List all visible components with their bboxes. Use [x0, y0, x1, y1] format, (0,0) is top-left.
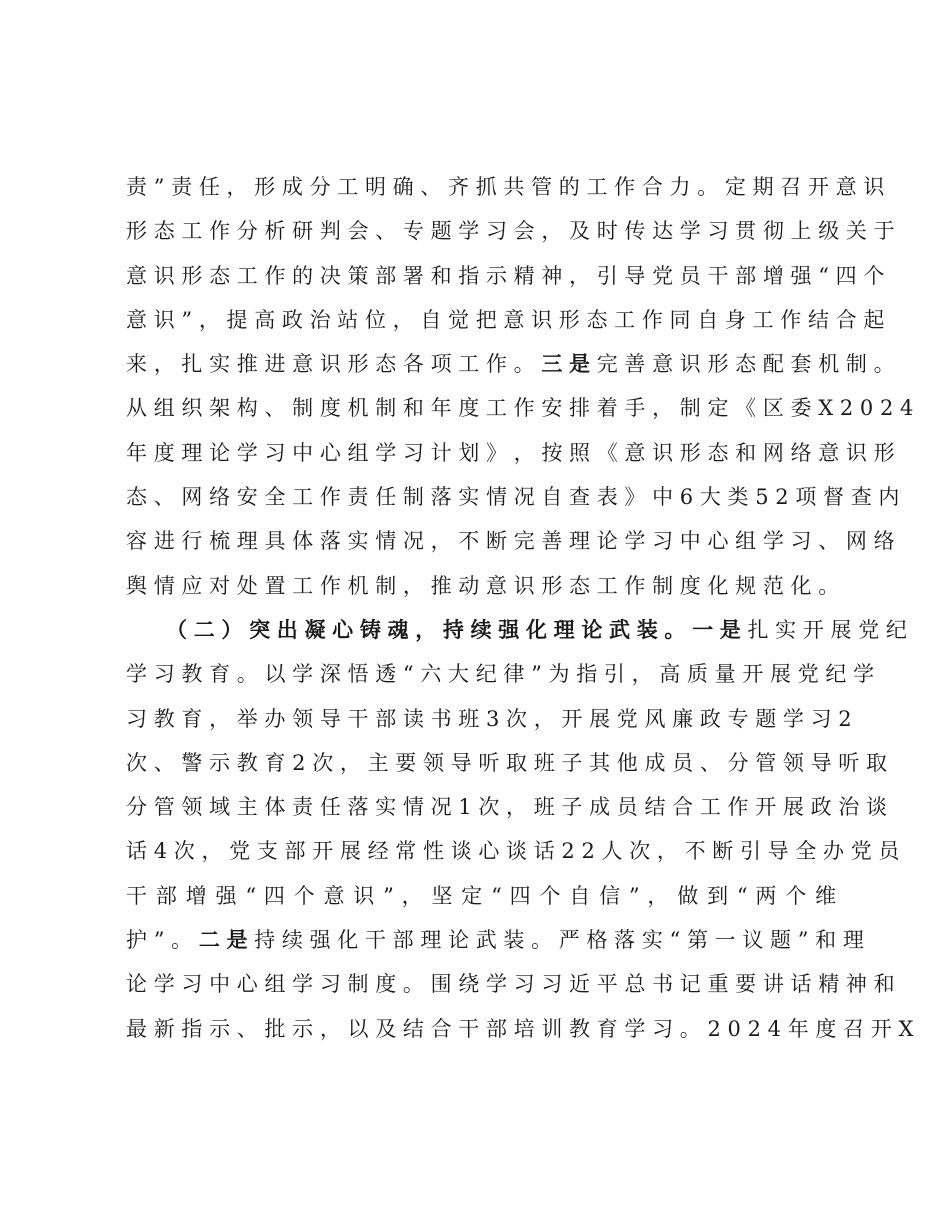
text: 安	[237, 485, 258, 509]
text: 梳	[209, 529, 230, 553]
text: 个	[294, 884, 316, 908]
text-line: 学 习 教 育 。 以 学 深 悟 透 “ 六 大 纪 律 ” 为 指 引 ， …	[126, 652, 836, 696]
text: 做	[677, 884, 699, 908]
text: 为	[549, 662, 570, 686]
text: 识	[154, 308, 175, 332]
text: 风	[644, 707, 665, 731]
text: 经	[368, 839, 389, 863]
text: 习	[320, 972, 341, 996]
text: 研	[292, 219, 313, 243]
text: 态	[586, 308, 607, 332]
bold-text: 二	[199, 927, 220, 952]
text: 完	[597, 352, 618, 376]
text: 悟	[348, 662, 369, 686]
text: 育	[209, 662, 230, 686]
text: 理	[237, 529, 258, 553]
text: ，	[320, 1017, 341, 1041]
text: ，	[652, 396, 673, 420]
text: 机	[348, 396, 369, 420]
bold-text: 武	[609, 617, 630, 642]
text: 网	[846, 529, 867, 553]
text: 制	[292, 396, 313, 420]
text: 委	[791, 396, 812, 420]
text: 书	[652, 972, 673, 996]
text: 落	[348, 795, 369, 819]
text: 组	[154, 396, 175, 420]
text: 学	[292, 972, 313, 996]
text: 意	[486, 574, 507, 598]
bold-text: 心	[332, 617, 353, 642]
text: 意	[126, 308, 147, 332]
text: 培	[514, 1017, 535, 1041]
text: 展	[783, 795, 804, 819]
text-line: 话 4 次 ， 党 支 部 开 展 经 常 性 谈 心 谈 话 2 2 人 次 …	[126, 829, 836, 873]
text: 配	[763, 352, 784, 376]
text: 干	[458, 1017, 479, 1041]
text-line: 习 教 育 ， 举 办 领 导 干 部 读 书 班 3 次 ， 开 展 党 风 …	[126, 697, 836, 741]
text: 。	[874, 352, 895, 376]
text: 成	[644, 751, 665, 775]
text: 构	[237, 396, 258, 420]
text: 容	[126, 529, 147, 553]
text: 全	[795, 839, 816, 863]
text: 次	[126, 751, 147, 775]
text: 安	[541, 396, 562, 420]
text: 传	[624, 219, 645, 243]
text: “	[737, 884, 748, 908]
text: 化	[791, 574, 812, 598]
text: 表	[597, 485, 618, 509]
text-line: 舆 情 应 对 处 置 工 作 机 制 ， 推 动 意 识 形 态 工 作 制 …	[126, 564, 836, 608]
text: 部	[486, 1017, 507, 1041]
text: 子	[561, 751, 582, 775]
text: 6	[680, 485, 693, 509]
text: 度	[458, 396, 479, 420]
text: 支	[257, 839, 278, 863]
text: 年	[126, 441, 147, 465]
text: 提	[227, 308, 248, 332]
text: 要	[395, 751, 416, 775]
text: 作	[624, 574, 645, 598]
text: 4	[900, 396, 913, 420]
text: 学	[853, 662, 874, 686]
text: 分	[310, 175, 331, 199]
text: “	[818, 264, 829, 288]
text: 论	[209, 441, 230, 465]
text: 分	[728, 751, 749, 775]
text: 理	[569, 529, 590, 553]
text: 学	[624, 1017, 645, 1041]
text: 组	[348, 441, 369, 465]
text: 专	[728, 707, 749, 731]
text: 四	[264, 884, 286, 908]
text: 开	[742, 662, 763, 686]
text: 增	[186, 884, 208, 908]
text: 高	[254, 308, 275, 332]
text: 习	[514, 972, 535, 996]
text: 书	[431, 707, 452, 731]
text: 人	[602, 839, 623, 863]
text: 制	[375, 574, 396, 598]
text: 其	[589, 751, 610, 775]
text-line: 容 进 行 梳 理 具 体 落 实 情 况 ， 不 断 完 善 理 论 学 习 …	[126, 519, 836, 563]
text: 四	[510, 884, 532, 908]
text: 意	[836, 175, 857, 199]
bold-text: 续	[471, 617, 492, 642]
text: 《	[735, 396, 756, 420]
text: 到	[707, 884, 729, 908]
text: 示	[209, 1017, 230, 1041]
text: 话	[126, 839, 147, 863]
text: 开	[561, 707, 582, 731]
text: 强	[215, 884, 237, 908]
text: 心	[707, 529, 728, 553]
text: 度	[375, 972, 396, 996]
bold-text: 强	[498, 617, 519, 642]
text: 把	[476, 308, 497, 332]
text: 来	[126, 352, 147, 376]
text: 动	[458, 574, 479, 598]
text: 3	[486, 707, 499, 731]
text: 个	[785, 884, 807, 908]
text: 作	[264, 264, 285, 288]
paragraph: （ 二 ） 突 出 凝 心 铸 魂 ， 持 续 强 化 理 论 武 装 。 一 …	[126, 608, 836, 1051]
text: 时	[597, 219, 618, 243]
text: 态	[209, 264, 230, 288]
bold-text: 二	[194, 617, 215, 642]
text: 结	[644, 795, 665, 819]
text: 工	[597, 574, 618, 598]
text: 主	[237, 795, 258, 819]
bold-text: ）	[221, 617, 242, 642]
text: 上	[791, 219, 812, 243]
text: 分	[237, 219, 258, 243]
text: 理	[843, 928, 864, 952]
bold-text: 三	[541, 351, 562, 376]
text: 新	[154, 1017, 175, 1041]
text: 、	[264, 396, 285, 420]
text: 明	[365, 175, 386, 199]
text: 取	[506, 751, 527, 775]
text: 照	[569, 441, 590, 465]
text: 透	[375, 662, 396, 686]
text: 治	[838, 795, 859, 819]
text: 教	[569, 1017, 590, 1041]
text: 班	[458, 707, 479, 731]
text: 网	[181, 485, 202, 509]
text: 习	[707, 219, 728, 243]
text: 格	[586, 928, 607, 952]
text: 学	[486, 972, 507, 996]
text: 两	[755, 884, 777, 908]
text: 不	[458, 529, 479, 553]
text: 精	[514, 264, 535, 288]
text: 政	[811, 795, 832, 819]
text: 质	[687, 662, 708, 686]
text: 机	[348, 574, 369, 598]
text: 抓	[476, 175, 497, 199]
text: 领	[292, 707, 313, 731]
text: 围	[431, 972, 452, 996]
text: 进	[154, 529, 175, 553]
text: 干	[707, 264, 728, 288]
text: 计	[431, 441, 452, 465]
text: 区	[763, 396, 784, 420]
text: 起	[863, 308, 884, 332]
text: 工	[458, 352, 479, 376]
text: 态	[154, 219, 175, 243]
text: 导	[451, 751, 472, 775]
text: 廉	[672, 707, 693, 731]
text: 形	[680, 441, 701, 465]
text: 善	[541, 529, 562, 553]
text: ”	[154, 928, 165, 952]
text: 、	[237, 1017, 258, 1041]
text: 工	[337, 175, 358, 199]
text: 学	[375, 441, 396, 465]
text: 纪	[825, 662, 846, 686]
text: 精	[818, 972, 839, 996]
text: 政	[700, 707, 721, 731]
text: 力	[670, 175, 691, 199]
text: 工	[237, 264, 258, 288]
text: 作	[209, 219, 230, 243]
text: 学	[783, 707, 804, 731]
text: 自	[541, 485, 562, 509]
bold-text: 出	[277, 617, 298, 642]
text: 最	[126, 1017, 147, 1041]
text: 子	[561, 795, 582, 819]
text: 领	[423, 751, 444, 775]
text: 督	[823, 485, 844, 509]
text: 个	[539, 884, 561, 908]
text: 形	[707, 352, 728, 376]
text: 纪	[476, 662, 497, 686]
text: 教	[237, 751, 258, 775]
text: 及	[569, 219, 590, 243]
text: 装	[503, 928, 524, 952]
text: 中	[292, 441, 313, 465]
text: 制	[680, 396, 701, 420]
text-line: 责 ” 责 任 ， 形 成 分 工 明 确 、 齐 抓 共 管 的 工 作 合 …	[126, 165, 836, 209]
text: 作	[614, 175, 635, 199]
text: 责	[126, 175, 147, 199]
text: ，	[657, 839, 678, 863]
text: 断	[486, 529, 507, 553]
text: 次	[478, 795, 499, 819]
text: 扎	[181, 352, 202, 376]
text: 会	[514, 219, 535, 243]
text: 纪	[886, 618, 907, 642]
text: 化	[337, 928, 358, 952]
text: 平	[597, 972, 618, 996]
text: ，	[340, 751, 361, 775]
text: 话	[534, 839, 555, 863]
text: 四	[836, 264, 857, 288]
text: 展	[770, 662, 791, 686]
text: 确	[393, 175, 414, 199]
text: 个	[863, 264, 884, 288]
text: 要	[735, 972, 756, 996]
text: 部	[735, 264, 756, 288]
bold-text: 凝	[304, 617, 325, 642]
text: 》	[486, 441, 507, 465]
text: 话	[791, 972, 812, 996]
text: 干	[348, 707, 369, 731]
text: 常	[395, 839, 416, 863]
text: 情	[154, 574, 175, 598]
text: 题	[770, 928, 791, 952]
text: 4	[154, 839, 167, 863]
text: 合	[431, 1017, 452, 1041]
text: 定	[461, 884, 483, 908]
text: 开	[803, 618, 824, 642]
text: 育	[264, 751, 285, 775]
text: 作	[642, 308, 663, 332]
text: 扎	[747, 618, 768, 642]
text: 身	[725, 308, 746, 332]
text: 各	[403, 352, 424, 376]
text: 规	[735, 574, 756, 598]
text: 体	[264, 795, 285, 819]
text: 和	[431, 264, 452, 288]
text: 导	[624, 264, 645, 288]
bold-text: ，	[415, 617, 436, 642]
text: 近	[569, 972, 590, 996]
text: 作	[728, 795, 749, 819]
text: 责	[292, 795, 313, 819]
text: “	[491, 884, 502, 908]
text: 次	[506, 707, 527, 731]
text: 论	[597, 529, 618, 553]
text: 习	[541, 972, 562, 996]
text: 结	[403, 1017, 424, 1041]
text: 套	[791, 352, 812, 376]
text: 排	[569, 396, 590, 420]
text: ”	[629, 884, 640, 908]
text: 、	[420, 175, 441, 199]
text: 断	[712, 839, 733, 863]
text: 班	[534, 751, 555, 775]
text: 和	[815, 928, 836, 952]
text: 查	[569, 485, 590, 509]
text: 制	[652, 574, 673, 598]
text: 组	[264, 972, 285, 996]
text: 2	[707, 1017, 720, 1041]
text: 开	[808, 175, 829, 199]
text: 工	[292, 574, 313, 598]
text: 置	[264, 574, 285, 598]
text: 议	[742, 928, 763, 952]
text: 《	[597, 441, 618, 465]
text: X	[898, 1017, 913, 1041]
text: 员	[878, 839, 899, 863]
text: ，	[514, 441, 535, 465]
text: 定	[707, 396, 728, 420]
text: 教	[154, 707, 175, 731]
text: 。	[697, 175, 718, 199]
bold-text: 是	[227, 927, 248, 952]
text: 责	[171, 175, 192, 199]
text: 舆	[126, 574, 147, 598]
text: 指	[181, 1017, 202, 1041]
text: 开	[871, 1017, 892, 1041]
text: 部	[375, 264, 396, 288]
text: 学	[624, 529, 645, 553]
text: 读	[403, 707, 424, 731]
text: 工	[753, 308, 774, 332]
text: ”	[154, 175, 165, 199]
text-line: （ 二 ） 突 出 凝 心 铸 魂 ， 持 续 强 化 理 论 武 装 。 一 …	[126, 608, 836, 652]
text: 习	[811, 707, 832, 731]
bold-text: 持	[443, 617, 464, 642]
text: 和	[735, 441, 756, 465]
text: 意	[292, 352, 313, 376]
text: 识	[531, 308, 552, 332]
text: 度	[320, 396, 341, 420]
text: 意	[126, 264, 147, 288]
text: 任	[320, 795, 341, 819]
text: 关	[846, 219, 867, 243]
text: 示	[486, 264, 507, 288]
text: 习	[264, 441, 285, 465]
text: 形	[348, 352, 369, 376]
text: 办	[264, 707, 285, 731]
text: 识	[353, 884, 375, 908]
text: 署	[403, 264, 424, 288]
text: 完	[514, 529, 535, 553]
text: 指	[458, 264, 479, 288]
text: 引	[740, 839, 761, 863]
text: 党	[617, 707, 638, 731]
text: 展	[831, 618, 852, 642]
text: 2	[880, 396, 893, 420]
text: 自	[569, 884, 591, 908]
text: 划	[458, 441, 479, 465]
bold-text: 化	[526, 617, 547, 642]
text: 学	[458, 219, 479, 243]
text: 自	[420, 308, 441, 332]
text: 实	[375, 795, 396, 819]
text: 实	[458, 485, 479, 509]
text: 第	[687, 928, 708, 952]
text: 习	[126, 707, 147, 731]
text: 况	[514, 485, 535, 509]
text: 重	[707, 972, 728, 996]
text: 干	[365, 928, 386, 952]
text: 识	[680, 352, 701, 376]
text: ，	[154, 352, 175, 376]
text: 批	[264, 1017, 285, 1041]
text: 题	[431, 219, 452, 243]
text: 5	[755, 485, 768, 509]
text: 制	[348, 972, 369, 996]
text: 络	[874, 529, 895, 553]
text: 形	[874, 441, 895, 465]
text: 部	[393, 928, 414, 952]
text: 识	[514, 574, 535, 598]
text: 工	[181, 219, 202, 243]
text: 范	[763, 574, 784, 598]
text: 分	[126, 795, 147, 819]
text: 网	[763, 441, 784, 465]
text: 达	[652, 219, 673, 243]
text: 习	[791, 529, 812, 553]
text: “	[403, 662, 414, 686]
text: 续	[282, 928, 303, 952]
text: X	[818, 396, 833, 420]
text: 次	[629, 839, 650, 863]
